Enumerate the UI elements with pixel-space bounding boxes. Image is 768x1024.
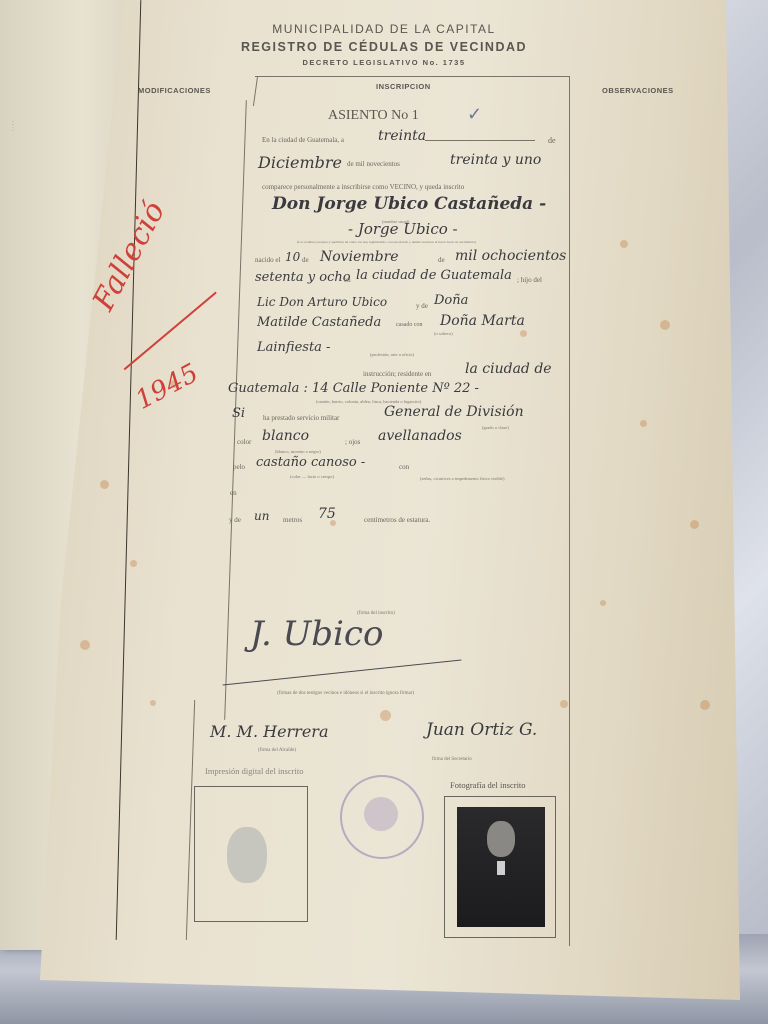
color-hint: (blanco, moreno o negro) — [275, 449, 321, 454]
born-place-value: la ciudad de Guatemala — [356, 268, 512, 283]
born-de-label: de — [302, 256, 309, 264]
con-label: con — [399, 463, 409, 471]
color-value: blanco — [262, 428, 309, 444]
city-prefix: En la ciudad de Guatemala, a — [262, 136, 344, 144]
witness-label: (firmas de dos testigos vecinos e idóneo… — [277, 691, 414, 696]
column-modificaciones: MODIFICACIONES — [138, 86, 211, 95]
municipal-stamp — [340, 775, 424, 859]
de-label: de — [548, 136, 556, 145]
military-rank-value: General de División — [384, 404, 524, 420]
hair-hint: (color — lacio o crespo) — [290, 474, 334, 479]
height-suffix: centímetros de estatura. — [364, 516, 430, 524]
instruccion-label: instrucción; residente en — [363, 370, 431, 378]
born-month-value: Noviembre — [320, 249, 399, 265]
header-municipality: MUNICIPALIDAD DE LA CAPITAL — [0, 22, 768, 36]
checkmark-icon: ✓ — [467, 104, 482, 125]
year-value: treinta y uno — [450, 152, 541, 168]
pelo-label: pelo — [233, 463, 245, 471]
photo-label: Fotografía del inscrito — [450, 780, 526, 790]
marks-hint: (señas, cicatrices o impedimento físico … — [420, 476, 504, 481]
residence-value-2: Guatemala : 14 Calle Poniente Nº 22 - — [228, 381, 479, 396]
header-registry: REGISTRO DE CÉDULAS DE VECINDAD — [0, 40, 768, 54]
residence-value-1: la ciudad de — [465, 361, 552, 377]
casado-label: casado con — [396, 322, 423, 328]
secretario-signature: Juan Ortiz G. — [426, 720, 537, 740]
height-cm-value: 75 — [318, 506, 336, 522]
born-year-de-label: de — [438, 256, 445, 264]
metros-label: metros — [283, 516, 302, 524]
hijo-label: ; hijo del — [517, 276, 542, 284]
born-prefix: nacido el — [255, 256, 280, 264]
military-yes-value: Si — [232, 406, 245, 421]
name-note: (Los nombres propios y apellidos tal com… — [297, 240, 547, 244]
year-prefix: de mil novecientos — [347, 160, 400, 168]
portrait-photo — [457, 807, 545, 927]
day-underline — [425, 140, 535, 141]
portrait-face — [487, 821, 515, 857]
frame-center-right-line — [569, 76, 570, 946]
eyes-value: avellanados — [378, 428, 462, 444]
month-value: Diciembre — [258, 153, 342, 172]
fingerprint-box — [194, 786, 308, 922]
hair-value: castaño canoso - — [256, 455, 365, 470]
color-label: color — [237, 438, 251, 446]
y-de-label: y de — [416, 302, 428, 310]
stamp-emblem — [364, 797, 398, 831]
born-year-value-2: setenta y ocho — [255, 270, 351, 285]
comparece-text: comparece personalmente a inscribirse co… — [262, 183, 464, 191]
asiento-title: ASIENTO No 1 — [328, 108, 419, 124]
alcalde-signature: M. M. Herrera — [210, 722, 328, 741]
fingerprint-label: Impresión digital del inscrito — [205, 766, 303, 776]
mother-title-value: Doña — [434, 293, 468, 308]
father-value: Lic Don Arturo Ubico — [257, 295, 387, 309]
mother-value: Matilde Castañeda — [257, 315, 381, 330]
spouse-hint: (o soltero) — [434, 331, 453, 336]
born-place-prefix: en — [344, 276, 351, 284]
spouse-value-1: Doña Marta — [440, 313, 525, 329]
usual-name-value: - Jorge Ubico - — [348, 220, 458, 238]
frame-top-line — [255, 76, 570, 77]
column-observaciones: OBSERVACIONES — [602, 86, 674, 95]
fingerprint-smudge — [227, 827, 267, 883]
column-inscripcion: INSCRIPCION — [376, 82, 431, 91]
secretario-sig-label: firma del Secretario — [432, 757, 472, 762]
rank-hint: (grado o clase) — [482, 425, 509, 430]
portrait-collar — [497, 861, 505, 875]
inscrito-signature: J. Ubico — [250, 614, 383, 654]
full-name-value: Don Jorge Ubico Castañeda - — [272, 194, 546, 214]
ojos-label: ; ojos — [345, 438, 360, 446]
header-decree: DECRETO LEGISLATIVO No. 1735 — [0, 58, 768, 67]
height-prefix: y de — [229, 516, 241, 524]
born-day-value: 10 — [285, 250, 300, 264]
born-year-value-1: mil ochocientos — [455, 248, 566, 264]
height-meters-value: un — [254, 509, 269, 523]
spouse-value-2: Lainfiesta - — [257, 340, 330, 355]
alcalde-sig-label: (firma del Alcalde) — [258, 748, 296, 753]
military-label: ha prestado servicio militar — [263, 414, 339, 422]
en-label: en — [230, 489, 237, 497]
profession-hint: (profesión, arte u oficio) — [370, 352, 414, 357]
left-page-pencil-note: ···· — [8, 120, 18, 132]
day-value: treinta — [378, 128, 426, 144]
photo-box — [444, 796, 556, 938]
